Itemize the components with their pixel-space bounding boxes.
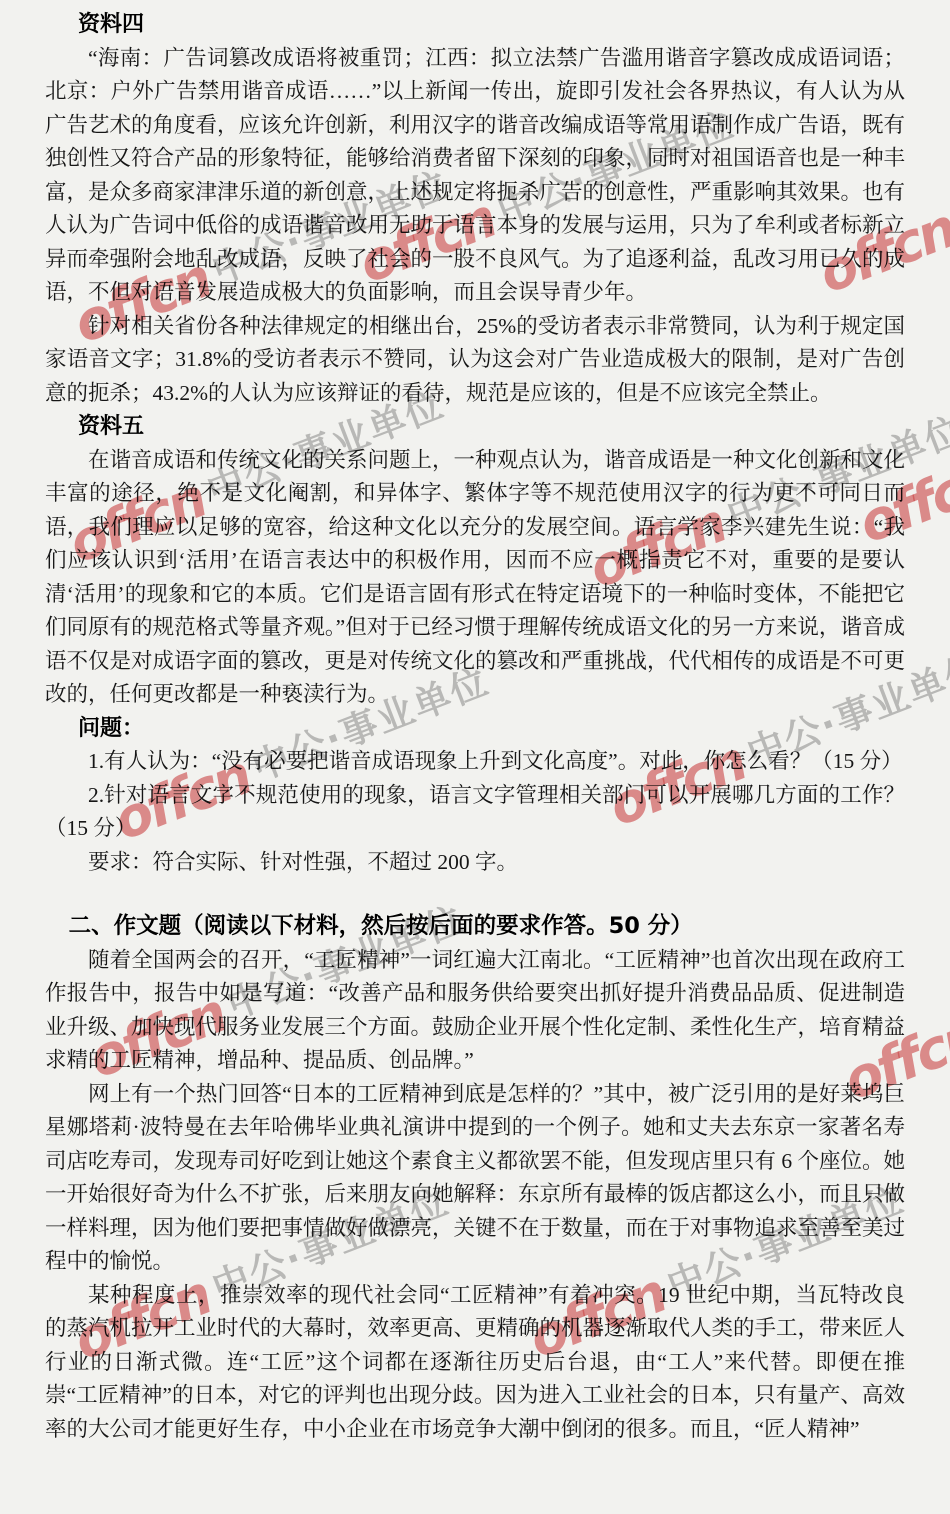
essay-paragraph-2: 网上有一个热门回答“日本的工匠精神到底是怎样的？”其中，被广泛引用的是好莱坞巨星… [45, 1078, 905, 1279]
question-2: 2.针对语言文字不规范使用的现象，语言文字管理相关部门可以开展哪几方面的工作？（… [45, 779, 905, 846]
question-1: 1.有人认为：“没有必要把谐音成语现象上升到文化高度”。对此，你怎么看？（15 … [45, 745, 905, 779]
essay-section-heading: 二、作文题（阅读以下材料，然后按后面的要求作答。50 分） [45, 910, 905, 944]
material-4-heading: 资料四 [45, 8, 905, 42]
material-4-paragraph-2: 针对相关省份各种法律规定的相继出台，25%的受访者表示非常赞同，认为利于规定国家… [45, 310, 905, 411]
requirements-line: 要求：符合实际、针对性强，不超过 200 字。 [45, 846, 905, 880]
questions-heading: 问题： [45, 712, 905, 746]
material-4-paragraph-1: “海南：广告词篡改成语将被重罚；江西：拟立法禁广告滥用谐音字篡改成成语词语；北京… [45, 42, 905, 310]
material-5-heading: 资料五 [45, 410, 905, 444]
material-5-paragraph: 在谐音成语和传统文化的关系问题上，一种观点认为，谐音成语是一种文化创新和文化丰富… [45, 444, 905, 712]
essay-paragraph-3: 某种程度上，推崇效率的现代社会同“工匠精神”有着冲突。19 世纪中期，当瓦特改良… [45, 1279, 905, 1447]
essay-paragraph-1: 随着全国两会的召开，“工匠精神”一词红遍大江南北。“工匠精神”也首次出现在政府工… [45, 944, 905, 1078]
scanned-exam-page: 资料四 “海南：广告词篡改成语将被重罚；江西：拟立法禁广告滥用谐音字篡改成成语词… [45, 8, 905, 1446]
